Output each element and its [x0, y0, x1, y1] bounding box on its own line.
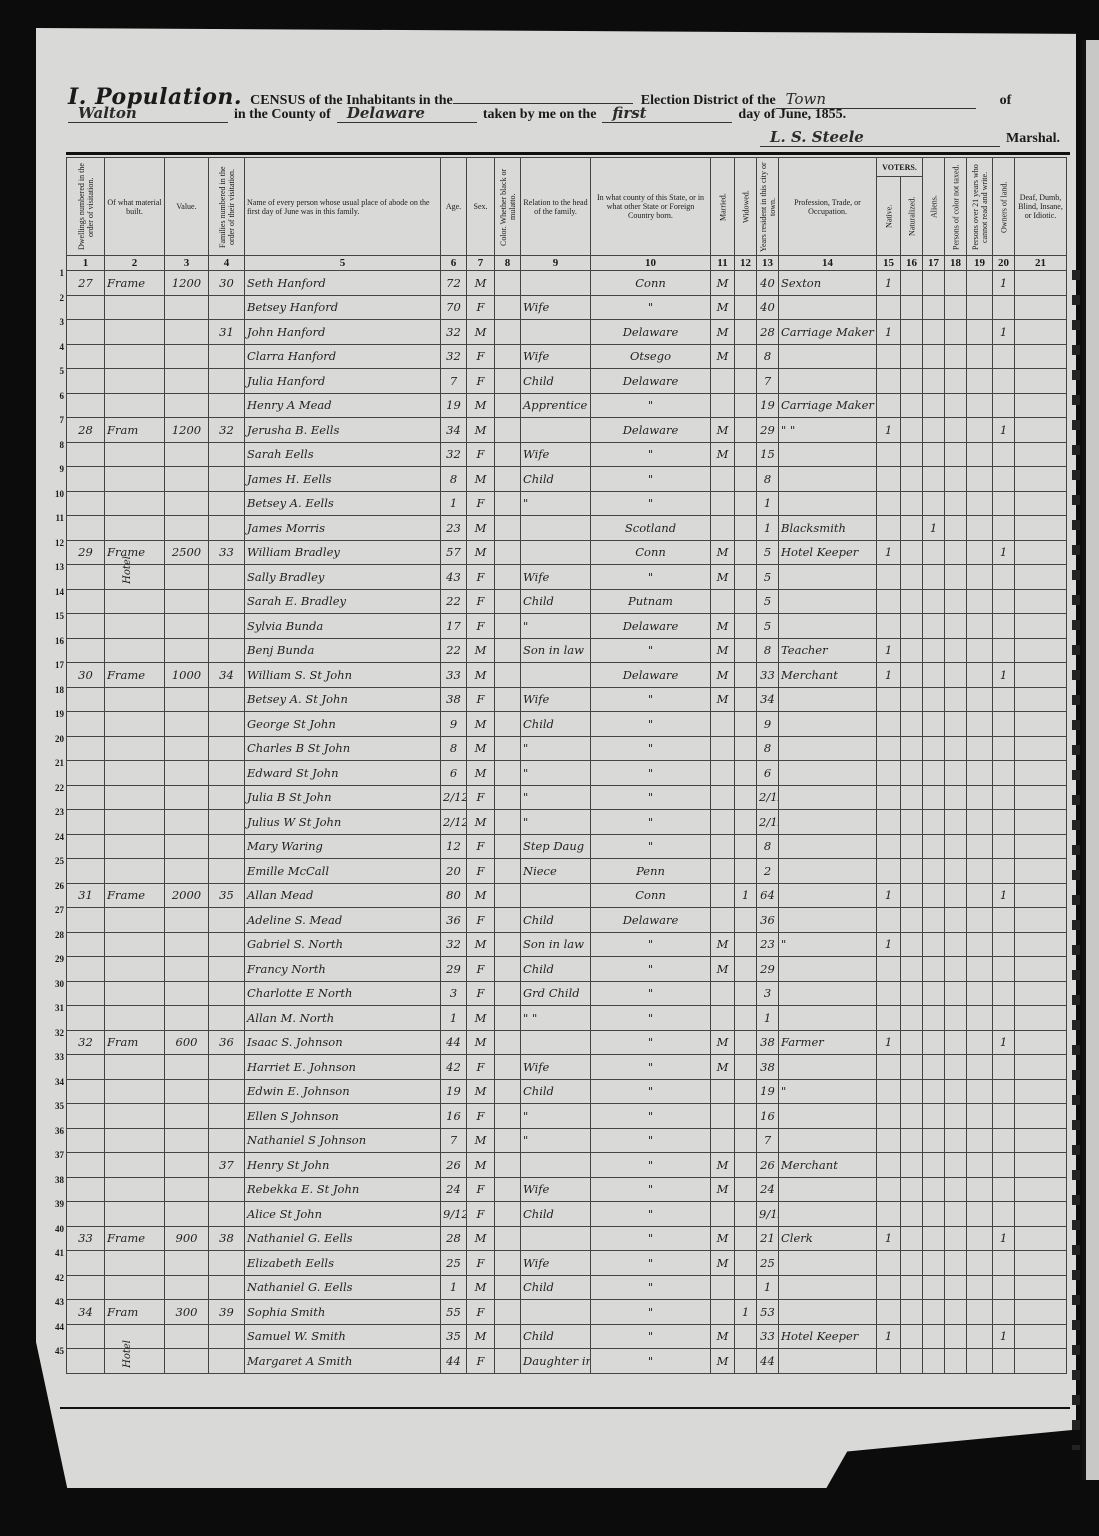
cell-years: 19: [757, 393, 779, 418]
cell-native: [877, 1079, 901, 1104]
cell-sex: F: [467, 957, 495, 982]
cell-name: Sally Bradley: [245, 565, 441, 590]
cell-native: [877, 614, 901, 639]
cell-infirm: [1015, 810, 1067, 835]
table-row: Elizabeth Eells25FWife"M25: [67, 1251, 1067, 1276]
cell-illiterate: [967, 932, 993, 957]
cell-relation: [521, 883, 591, 908]
cell-native: [877, 761, 901, 786]
cell-occupation: Clerk: [779, 1226, 877, 1251]
cell-sex: F: [467, 1104, 495, 1129]
line-number: 26: [44, 881, 64, 891]
cell-name: Elizabeth Eells: [245, 1251, 441, 1276]
cell-dwelling: [67, 516, 105, 541]
col-header-occupation: Profession, Trade, or Occupation.: [779, 158, 877, 256]
cell-family: [209, 1006, 245, 1031]
cell-color-not-taxed: [945, 981, 967, 1006]
cell-material: [105, 859, 165, 884]
cell-illiterate: [967, 859, 993, 884]
table-row: Mary Waring12FStep Daug"8: [67, 834, 1067, 859]
cell-widowed: [735, 712, 757, 737]
cell-value: [165, 369, 209, 394]
col-num: 8: [495, 256, 521, 271]
cell-material: [105, 1128, 165, 1153]
cell-occupation: [779, 369, 877, 394]
cell-aliens: [923, 1104, 945, 1129]
cell-dwelling: 28: [67, 418, 105, 443]
cell-born: ": [591, 1153, 711, 1178]
table-row: James Morris23MScotland1Blacksmith1: [67, 516, 1067, 541]
cell-widowed: [735, 981, 757, 1006]
cell-name: Charles B St John: [245, 736, 441, 761]
cell-color-not-taxed: [945, 271, 967, 296]
cell-married: M: [711, 565, 735, 590]
cell-relation: Child: [521, 1324, 591, 1349]
cell-name: Jerusha B. Eells: [245, 418, 441, 443]
cell-years: 7: [757, 369, 779, 394]
cell-years: 19: [757, 1079, 779, 1104]
cell-widowed: [735, 1104, 757, 1129]
cell-material: [105, 810, 165, 835]
cell-aliens: [923, 1202, 945, 1227]
cell-color: [495, 1251, 521, 1276]
cell-occupation: Hotel Keeper: [779, 1324, 877, 1349]
cell-sex: F: [467, 491, 495, 516]
cell-married: [711, 761, 735, 786]
cell-color-not-taxed: [945, 1153, 967, 1178]
cell-native: [877, 687, 901, 712]
cell-native: [877, 1055, 901, 1080]
cell-naturalized: [901, 344, 923, 369]
cell-occupation: [779, 1128, 877, 1153]
cell-relation: [521, 540, 591, 565]
cell-family: 38: [209, 1226, 245, 1251]
table-row: 32Fram60036Isaac S. Johnson44M"M38Farmer…: [67, 1030, 1067, 1055]
cell-relation: ": [521, 1104, 591, 1129]
cell-color-not-taxed: [945, 1324, 967, 1349]
cell-dwelling: [67, 638, 105, 663]
cell-color-not-taxed: [945, 442, 967, 467]
cell-widowed: [735, 1349, 757, 1374]
cell-value: [165, 1177, 209, 1202]
cell-native: [877, 442, 901, 467]
cell-married: M: [711, 1324, 735, 1349]
line-number: 18: [44, 685, 64, 695]
cell-value: [165, 638, 209, 663]
cell-family: 32: [209, 418, 245, 443]
cell-age: 72: [441, 271, 467, 296]
line-number: 20: [44, 734, 64, 744]
cell-family: 36: [209, 1030, 245, 1055]
cell-years: 40: [757, 271, 779, 296]
line-number: 33: [44, 1052, 64, 1062]
col-num: 1: [67, 256, 105, 271]
cell-value: 1200: [165, 418, 209, 443]
cell-dwelling: [67, 687, 105, 712]
cell-color: [495, 859, 521, 884]
cell-naturalized: [901, 1055, 923, 1080]
cell-occupation: [779, 614, 877, 639]
cell-born: Scotland: [591, 516, 711, 541]
cell-born: ": [591, 1055, 711, 1080]
cell-born: ": [591, 491, 711, 516]
cell-years: 34: [757, 687, 779, 712]
cell-material: [105, 1349, 165, 1374]
cell-widowed: [735, 1006, 757, 1031]
cell-family: [209, 687, 245, 712]
cell-name: Betsey A. Eells: [245, 491, 441, 516]
cell-family: [209, 1251, 245, 1276]
cell-material: [105, 638, 165, 663]
cell-infirm: [1015, 1275, 1067, 1300]
cell-years: 24: [757, 1177, 779, 1202]
line-number: 7: [44, 415, 64, 425]
col-header-birthplace: In what county of this State, or in what…: [591, 158, 711, 256]
table-row: Adeline S. Mead36FChildDelaware36: [67, 908, 1067, 933]
cell-land-owner: [993, 785, 1015, 810]
cell-value: [165, 736, 209, 761]
cell-name: Adeline S. Mead: [245, 908, 441, 933]
cell-land-owner: 1: [993, 1324, 1015, 1349]
cell-dwelling: [67, 981, 105, 1006]
cell-family: 39: [209, 1300, 245, 1325]
cell-aliens: 1: [923, 516, 945, 541]
cell-illiterate: [967, 1079, 993, 1104]
line-number: 39: [44, 1199, 64, 1209]
cell-widowed: [735, 540, 757, 565]
marshal-signature: L. S. Steele: [760, 128, 1000, 147]
cell-relation: Child: [521, 1079, 591, 1104]
cell-family: [209, 344, 245, 369]
cell-material: [105, 1104, 165, 1129]
column-header-row: Dwellings numbered in the order of visit…: [67, 158, 1067, 177]
cell-born: Delaware: [591, 908, 711, 933]
cell-born: Delaware: [591, 418, 711, 443]
cell-widowed: [735, 1055, 757, 1080]
county-label: in the County of: [234, 107, 331, 123]
cell-family: 31: [209, 320, 245, 345]
cell-widowed: [735, 1079, 757, 1104]
cell-material: [105, 1202, 165, 1227]
cell-born: ": [591, 1324, 711, 1349]
location-line: Walton in the County of Delaware taken b…: [68, 104, 846, 123]
cell-native: 1: [877, 540, 901, 565]
cell-native: [877, 467, 901, 492]
cell-material: Frame: [105, 663, 165, 688]
cell-land-owner: [993, 810, 1015, 835]
cell-occupation: [779, 467, 877, 492]
cell-family: [209, 859, 245, 884]
line-number: 25: [44, 856, 64, 866]
cell-born: ": [591, 1006, 711, 1031]
cell-occupation: [779, 295, 877, 320]
cell-born: ": [591, 981, 711, 1006]
cell-age: 35: [441, 1324, 467, 1349]
cell-color-not-taxed: [945, 1006, 967, 1031]
table-row: Nathaniel S Johnson7M""7: [67, 1128, 1067, 1153]
cell-widowed: [735, 614, 757, 639]
cell-material: [105, 834, 165, 859]
cell-family: 34: [209, 663, 245, 688]
cell-born: ": [591, 467, 711, 492]
col-num: 5: [245, 256, 441, 271]
cell-sex: M: [467, 1275, 495, 1300]
cell-native: [877, 369, 901, 394]
cell-material: Frame: [105, 883, 165, 908]
cell-dwelling: [67, 957, 105, 982]
cell-years: 9/12: [757, 1202, 779, 1227]
cell-illiterate: [967, 418, 993, 443]
cell-land-owner: [993, 932, 1015, 957]
line-number: 16: [44, 636, 64, 646]
cell-color-not-taxed: [945, 1202, 967, 1227]
cell-material: [105, 467, 165, 492]
table-row: Francy North29FChild"M29: [67, 957, 1067, 982]
cell-sex: F: [467, 614, 495, 639]
cell-age: 34: [441, 418, 467, 443]
cell-occupation: [779, 344, 877, 369]
table-row: Margaret A Smith44FDaughter in law"M44: [67, 1349, 1067, 1374]
cell-color-not-taxed: [945, 369, 967, 394]
cell-relation: [521, 1226, 591, 1251]
cell-illiterate: [967, 491, 993, 516]
cell-native: 1: [877, 932, 901, 957]
cell-naturalized: [901, 540, 923, 565]
cell-naturalized: [901, 785, 923, 810]
cell-native: [877, 393, 901, 418]
cell-sex: M: [467, 932, 495, 957]
cell-material: Fram: [105, 1300, 165, 1325]
cell-sex: M: [467, 1079, 495, 1104]
cell-material: Fram: [105, 418, 165, 443]
cell-value: [165, 467, 209, 492]
cell-family: [209, 589, 245, 614]
cell-value: [165, 1202, 209, 1227]
cell-value: [165, 393, 209, 418]
cell-sex: M: [467, 736, 495, 761]
cell-age: 2/12: [441, 785, 467, 810]
cell-occupation: [779, 491, 877, 516]
col-num: 16: [901, 256, 923, 271]
cell-naturalized: [901, 883, 923, 908]
cell-widowed: [735, 761, 757, 786]
cell-age: 44: [441, 1349, 467, 1374]
col-num: 15: [877, 256, 901, 271]
cell-native: 1: [877, 663, 901, 688]
cell-material: [105, 785, 165, 810]
cell-color: [495, 589, 521, 614]
cell-land-owner: [993, 957, 1015, 982]
cell-illiterate: [967, 589, 993, 614]
cell-naturalized: [901, 1006, 923, 1031]
cell-sex: F: [467, 908, 495, 933]
cell-aliens: [923, 1324, 945, 1349]
cell-dwelling: [67, 712, 105, 737]
cell-family: 30: [209, 271, 245, 296]
cell-age: 22: [441, 589, 467, 614]
cell-name: Henry A Mead: [245, 393, 441, 418]
cell-family: [209, 442, 245, 467]
cell-color-not-taxed: [945, 1104, 967, 1129]
cell-sex: M: [467, 663, 495, 688]
cell-native: [877, 834, 901, 859]
cell-aliens: [923, 442, 945, 467]
cell-aliens: [923, 491, 945, 516]
cell-widowed: [735, 1128, 757, 1153]
cell-dwelling: [67, 393, 105, 418]
cell-years: 26: [757, 1153, 779, 1178]
cell-family: [209, 467, 245, 492]
cell-land-owner: [993, 491, 1015, 516]
cell-name: William S. St John: [245, 663, 441, 688]
col-num: 3: [165, 256, 209, 271]
cell-aliens: [923, 957, 945, 982]
footer-rule: [60, 1407, 1070, 1409]
cell-color-not-taxed: [945, 687, 967, 712]
cell-widowed: [735, 1202, 757, 1227]
cell-color-not-taxed: [945, 712, 967, 737]
cell-native: [877, 1104, 901, 1129]
line-number: 23: [44, 807, 64, 817]
cell-illiterate: [967, 467, 993, 492]
table-row: Clarra Hanford32FWifeOtsegoM8: [67, 344, 1067, 369]
cell-born: ": [591, 1177, 711, 1202]
cell-color-not-taxed: [945, 540, 967, 565]
line-number: 35: [44, 1101, 64, 1111]
cell-illiterate: [967, 1104, 993, 1129]
cell-color-not-taxed: [945, 810, 967, 835]
cell-family: [209, 810, 245, 835]
cell-aliens: [923, 320, 945, 345]
cell-infirm: [1015, 1006, 1067, 1031]
cell-age: 3: [441, 981, 467, 1006]
cell-sex: F: [467, 1251, 495, 1276]
col-header-land-owners: Owners of land.: [993, 158, 1015, 256]
cell-name: Sarah Eells: [245, 442, 441, 467]
cell-material: [105, 320, 165, 345]
cell-name: Emille McCall: [245, 859, 441, 884]
cell-occupation: [779, 859, 877, 884]
cell-years: 29: [757, 957, 779, 982]
cell-relation: ": [521, 614, 591, 639]
cell-born: ": [591, 687, 711, 712]
cell-sex: F: [467, 1177, 495, 1202]
cell-sex: M: [467, 883, 495, 908]
cell-name: Sylvia Bunda: [245, 614, 441, 639]
cell-illiterate: [967, 834, 993, 859]
cell-born: Conn: [591, 540, 711, 565]
cell-years: 9: [757, 712, 779, 737]
cell-illiterate: [967, 1300, 993, 1325]
cell-material: [105, 957, 165, 982]
table-row: Alice St John9/12FChild"9/12: [67, 1202, 1067, 1227]
cell-color: [495, 1055, 521, 1080]
cell-dwelling: 32: [67, 1030, 105, 1055]
cell-land-owner: [993, 859, 1015, 884]
cell-family: [209, 834, 245, 859]
cell-occupation: [779, 761, 877, 786]
cell-naturalized: [901, 1226, 923, 1251]
cell-illiterate: [967, 516, 993, 541]
cell-family: [209, 1275, 245, 1300]
cell-color: [495, 491, 521, 516]
taken-label: taken by me on the: [483, 107, 597, 123]
cell-infirm: [1015, 1251, 1067, 1276]
cell-illiterate: [967, 442, 993, 467]
cell-family: [209, 761, 245, 786]
cell-born: ": [591, 1079, 711, 1104]
col-header-illiterate: Persons over 21 years who cannot read an…: [967, 158, 993, 256]
cell-aliens: [923, 614, 945, 639]
table-row: Edwin E. Johnson19MChild"19": [67, 1079, 1067, 1104]
census-table-container: Dwellings numbered in the order of visit…: [66, 157, 1066, 1374]
cell-native: [877, 785, 901, 810]
cell-married: M: [711, 957, 735, 982]
cell-color-not-taxed: [945, 1030, 967, 1055]
cell-sex: M: [467, 712, 495, 737]
cell-dwelling: [67, 320, 105, 345]
cell-color-not-taxed: [945, 418, 967, 443]
cell-widowed: 1: [735, 883, 757, 908]
line-number: 8: [44, 440, 64, 450]
cell-color: [495, 565, 521, 590]
cell-married: M: [711, 1226, 735, 1251]
cell-widowed: [735, 1177, 757, 1202]
cell-sex: M: [467, 467, 495, 492]
col-header-sex: Sex.: [467, 158, 495, 256]
cell-color: [495, 932, 521, 957]
cell-relation: Child: [521, 957, 591, 982]
cell-infirm: [1015, 295, 1067, 320]
cell-color-not-taxed: [945, 1251, 967, 1276]
county-value: Delaware: [337, 104, 477, 123]
cell-material: [105, 393, 165, 418]
cell-illiterate: [967, 1251, 993, 1276]
marginal-note: Hotel: [122, 1340, 133, 1368]
cell-aliens: [923, 1177, 945, 1202]
cell-born: ": [591, 638, 711, 663]
cell-aliens: [923, 565, 945, 590]
cell-illiterate: [967, 1128, 993, 1153]
cell-naturalized: [901, 663, 923, 688]
cell-name: James H. Eells: [245, 467, 441, 492]
cell-widowed: [735, 589, 757, 614]
cell-years: 23: [757, 932, 779, 957]
cell-sex: F: [467, 785, 495, 810]
cell-illiterate: [967, 1275, 993, 1300]
table-row: 34Fram30039Sophia Smith55F"153: [67, 1300, 1067, 1325]
line-number: 40: [44, 1224, 64, 1234]
cell-relation: Wife: [521, 344, 591, 369]
cell-aliens: [923, 785, 945, 810]
cell-relation: Niece: [521, 859, 591, 884]
cell-color-not-taxed: [945, 491, 967, 516]
cell-land-owner: [993, 1079, 1015, 1104]
cell-married: [711, 467, 735, 492]
cell-native: [877, 516, 901, 541]
line-number: 11: [44, 513, 64, 523]
cell-material: [105, 981, 165, 1006]
cell-age: 1: [441, 1275, 467, 1300]
cell-value: [165, 1153, 209, 1178]
cell-color: [495, 883, 521, 908]
cell-color-not-taxed: [945, 1349, 967, 1374]
cell-years: 3: [757, 981, 779, 1006]
cell-land-owner: 1: [993, 883, 1015, 908]
cell-family: [209, 491, 245, 516]
cell-illiterate: [967, 1153, 993, 1178]
cell-dwelling: [67, 467, 105, 492]
